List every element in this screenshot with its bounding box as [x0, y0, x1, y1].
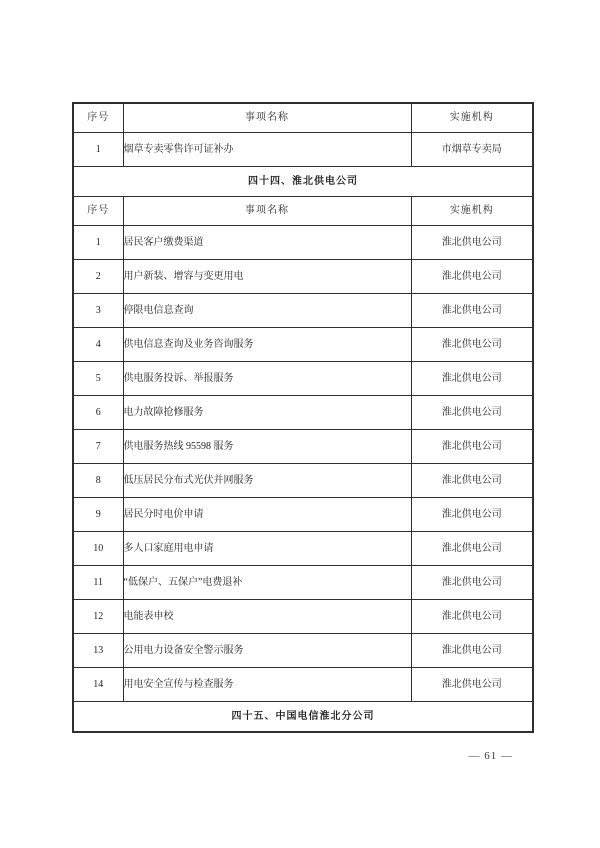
service-items-table: 序号事项名称实施机构1烟草专卖零售许可证补办市烟草专卖局四十四、淮北供电公司序号… [72, 102, 534, 733]
item-name-cell: 居民分时电价申请 [123, 498, 411, 532]
table-row: 4供电信息查询及业务咨询服务淮北供电公司 [73, 328, 533, 362]
item-name-cell: 停限电信息查询 [123, 294, 411, 328]
agency-cell: 淮北供电公司 [411, 328, 533, 362]
item-name-cell: “低保户、五保户”电费退补 [123, 566, 411, 600]
row-number-cell: 10 [73, 532, 123, 566]
table-row: 8低压居民分布式光伏并网服务淮北供电公司 [73, 464, 533, 498]
agency-cell: 市烟草专卖局 [411, 133, 533, 167]
section-title-row: 四十五、中国电信淮北分公司 [73, 702, 533, 733]
agency-cell: 淮北供电公司 [411, 566, 533, 600]
table-row: 3停限电信息查询淮北供电公司 [73, 294, 533, 328]
page-number: — 61 — [469, 750, 514, 762]
item-name-cell: 居民客户缴费渠道 [123, 226, 411, 260]
table-header-row: 序号事项名称实施机构 [73, 197, 533, 226]
row-number-cell: 12 [73, 600, 123, 634]
row-number-cell: 5 [73, 362, 123, 396]
item-name-cell: 供电信息查询及业务咨询服务 [123, 328, 411, 362]
header-cell-agency: 实施机构 [411, 197, 533, 226]
row-number-cell: 13 [73, 634, 123, 668]
item-name-cell: 供电服务投诉、举报服务 [123, 362, 411, 396]
item-name-cell: 电力故障抢修服务 [123, 396, 411, 430]
item-name-cell: 公用电力设备安全警示服务 [123, 634, 411, 668]
row-number-cell: 2 [73, 260, 123, 294]
table-row: 1烟草专卖零售许可证补办市烟草专卖局 [73, 133, 533, 167]
agency-cell: 淮北供电公司 [411, 362, 533, 396]
row-number-cell: 11 [73, 566, 123, 600]
row-number-cell: 3 [73, 294, 123, 328]
agency-cell: 淮北供电公司 [411, 294, 533, 328]
agency-cell: 淮北供电公司 [411, 600, 533, 634]
table-row: 2用户新装、增容与变更用电淮北供电公司 [73, 260, 533, 294]
header-cell-agency: 实施机构 [411, 103, 533, 133]
table-header-row: 序号事项名称实施机构 [73, 103, 533, 133]
agency-cell: 淮北供电公司 [411, 226, 533, 260]
row-number-cell: 1 [73, 133, 123, 167]
agency-cell: 淮北供电公司 [411, 532, 533, 566]
agency-cell: 淮北供电公司 [411, 668, 533, 702]
item-name-cell: 电能表申校 [123, 600, 411, 634]
item-name-cell: 低压居民分布式光伏并网服务 [123, 464, 411, 498]
row-number-cell: 4 [73, 328, 123, 362]
section-title: 四十五、中国电信淮北分公司 [73, 702, 533, 733]
table-row: 5供电服务投诉、举报服务淮北供电公司 [73, 362, 533, 396]
table-row: 10多人口家庭用电申请淮北供电公司 [73, 532, 533, 566]
item-name-cell: 用电安全宣传与检查服务 [123, 668, 411, 702]
agency-cell: 淮北供电公司 [411, 396, 533, 430]
header-cell-no: 序号 [73, 197, 123, 226]
agency-cell: 淮北供电公司 [411, 430, 533, 464]
table-row: 14用电安全宣传与检查服务淮北供电公司 [73, 668, 533, 702]
section-title: 四十四、淮北供电公司 [73, 167, 533, 197]
section-title-row: 四十四、淮北供电公司 [73, 167, 533, 197]
row-number-cell: 1 [73, 226, 123, 260]
item-name-cell: 用户新装、增容与变更用电 [123, 260, 411, 294]
row-number-cell: 6 [73, 396, 123, 430]
table-row: 9居民分时电价申请淮北供电公司 [73, 498, 533, 532]
table-row: 1居民客户缴费渠道淮北供电公司 [73, 226, 533, 260]
document-page: 序号事项名称实施机构1烟草专卖零售许可证补办市烟草专卖局四十四、淮北供电公司序号… [0, 0, 600, 848]
header-cell-no: 序号 [73, 103, 123, 133]
header-cell-name: 事项名称 [123, 197, 411, 226]
row-number-cell: 8 [73, 464, 123, 498]
table-row: 11“低保户、五保户”电费退补淮北供电公司 [73, 566, 533, 600]
agency-cell: 淮北供电公司 [411, 634, 533, 668]
row-number-cell: 14 [73, 668, 123, 702]
header-cell-name: 事项名称 [123, 103, 411, 133]
table-row: 6电力故障抢修服务淮北供电公司 [73, 396, 533, 430]
row-number-cell: 9 [73, 498, 123, 532]
agency-cell: 淮北供电公司 [411, 260, 533, 294]
table-row: 12电能表申校淮北供电公司 [73, 600, 533, 634]
item-name-cell: 多人口家庭用电申请 [123, 532, 411, 566]
item-name-cell: 供电服务热线 95598 服务 [123, 430, 411, 464]
item-name-cell: 烟草专卖零售许可证补办 [123, 133, 411, 167]
table-row: 13公用电力设备安全警示服务淮北供电公司 [73, 634, 533, 668]
service-items-table-body: 序号事项名称实施机构1烟草专卖零售许可证补办市烟草专卖局四十四、淮北供电公司序号… [73, 103, 533, 732]
row-number-cell: 7 [73, 430, 123, 464]
agency-cell: 淮北供电公司 [411, 498, 533, 532]
agency-cell: 淮北供电公司 [411, 464, 533, 498]
table-row: 7供电服务热线 95598 服务淮北供电公司 [73, 430, 533, 464]
